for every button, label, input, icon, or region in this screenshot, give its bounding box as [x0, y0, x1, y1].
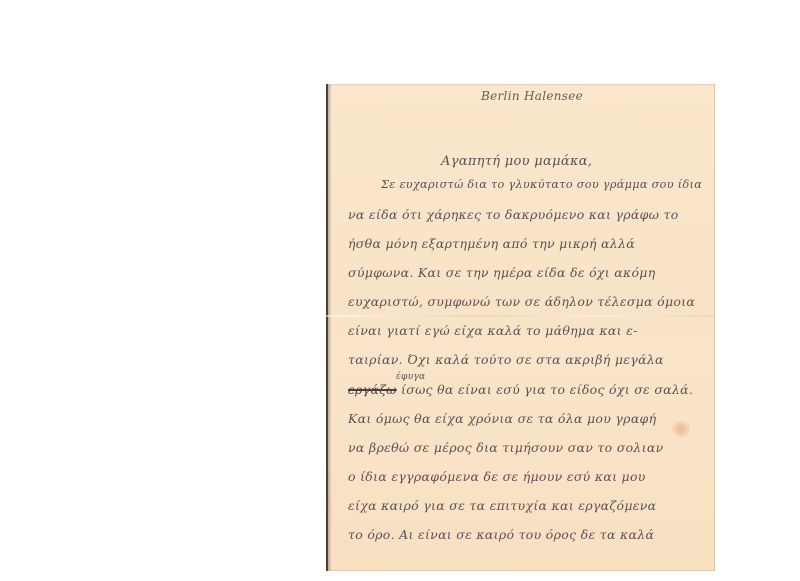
inserted-correction: έφυγα: [396, 372, 426, 382]
letter-line: το όρο. Αι είναι σε καιρό του όρος δε τα…: [348, 527, 654, 542]
letter-line: Και όμως θα είχα χρόνια σε τα όλα μου γρ…: [348, 411, 656, 426]
paper-stain: [672, 421, 690, 437]
letter-line: είναι γιατί εγώ είχα καλά το μάθημα και …: [348, 323, 638, 338]
letter-salutation: Αγαπητή μου μαμάκα,: [441, 154, 592, 169]
letter-line: Σε ευχαριστώ δια το γλυκύτατο σου γράμμα…: [381, 178, 702, 191]
letter-line-text: ίσως θα είναι εσύ για το είδος όχι σε σα…: [401, 382, 693, 397]
letter-line: ευχαριστώ, συμφωνώ των σε άδηλον τέλεσμα…: [348, 294, 695, 309]
struck-through-word: εργάζω: [348, 382, 397, 397]
letter-line: ήσθα μόνη εξαρτημένη από την μικρή αλλά: [348, 236, 635, 251]
letter-line: ο ίδια εγγραφόμενα δε σε ήμουν εσύ και μ…: [348, 469, 646, 484]
letter-line: να είδα ότι χάρηκες το δακρυόμενο και γρ…: [348, 207, 679, 222]
letter-line-with-correction: έφυγα εργάζω ίσως θα είναι εσύ για το εί…: [348, 382, 693, 397]
letter-line: είχα καιρό για σε τα επιτυχία και εργαζό…: [348, 498, 656, 513]
scanned-letter-page: Berlin Halensee Αγαπητή μου μαμάκα, Σε ε…: [0, 0, 800, 581]
letter-line: να βρεθώ σε μέρος δια τιμήσουν σαν το σο…: [348, 440, 663, 455]
letter-line: σύμφωνα. Και σε την ημέρα είδα δε όχι ακ…: [348, 265, 656, 280]
letter-line: ταιρίαν. Όχι καλά τούτο σε στα ακριβή με…: [348, 352, 664, 367]
correction-wrapper: έφυγα εργάζω: [348, 382, 397, 397]
paper-fold-crease: [326, 315, 715, 317]
letter-place-header: Berlin Halensee: [481, 89, 583, 103]
letter-paper-sheet: Berlin Halensee Αγαπητή μου μαμάκα, Σε ε…: [326, 84, 715, 571]
